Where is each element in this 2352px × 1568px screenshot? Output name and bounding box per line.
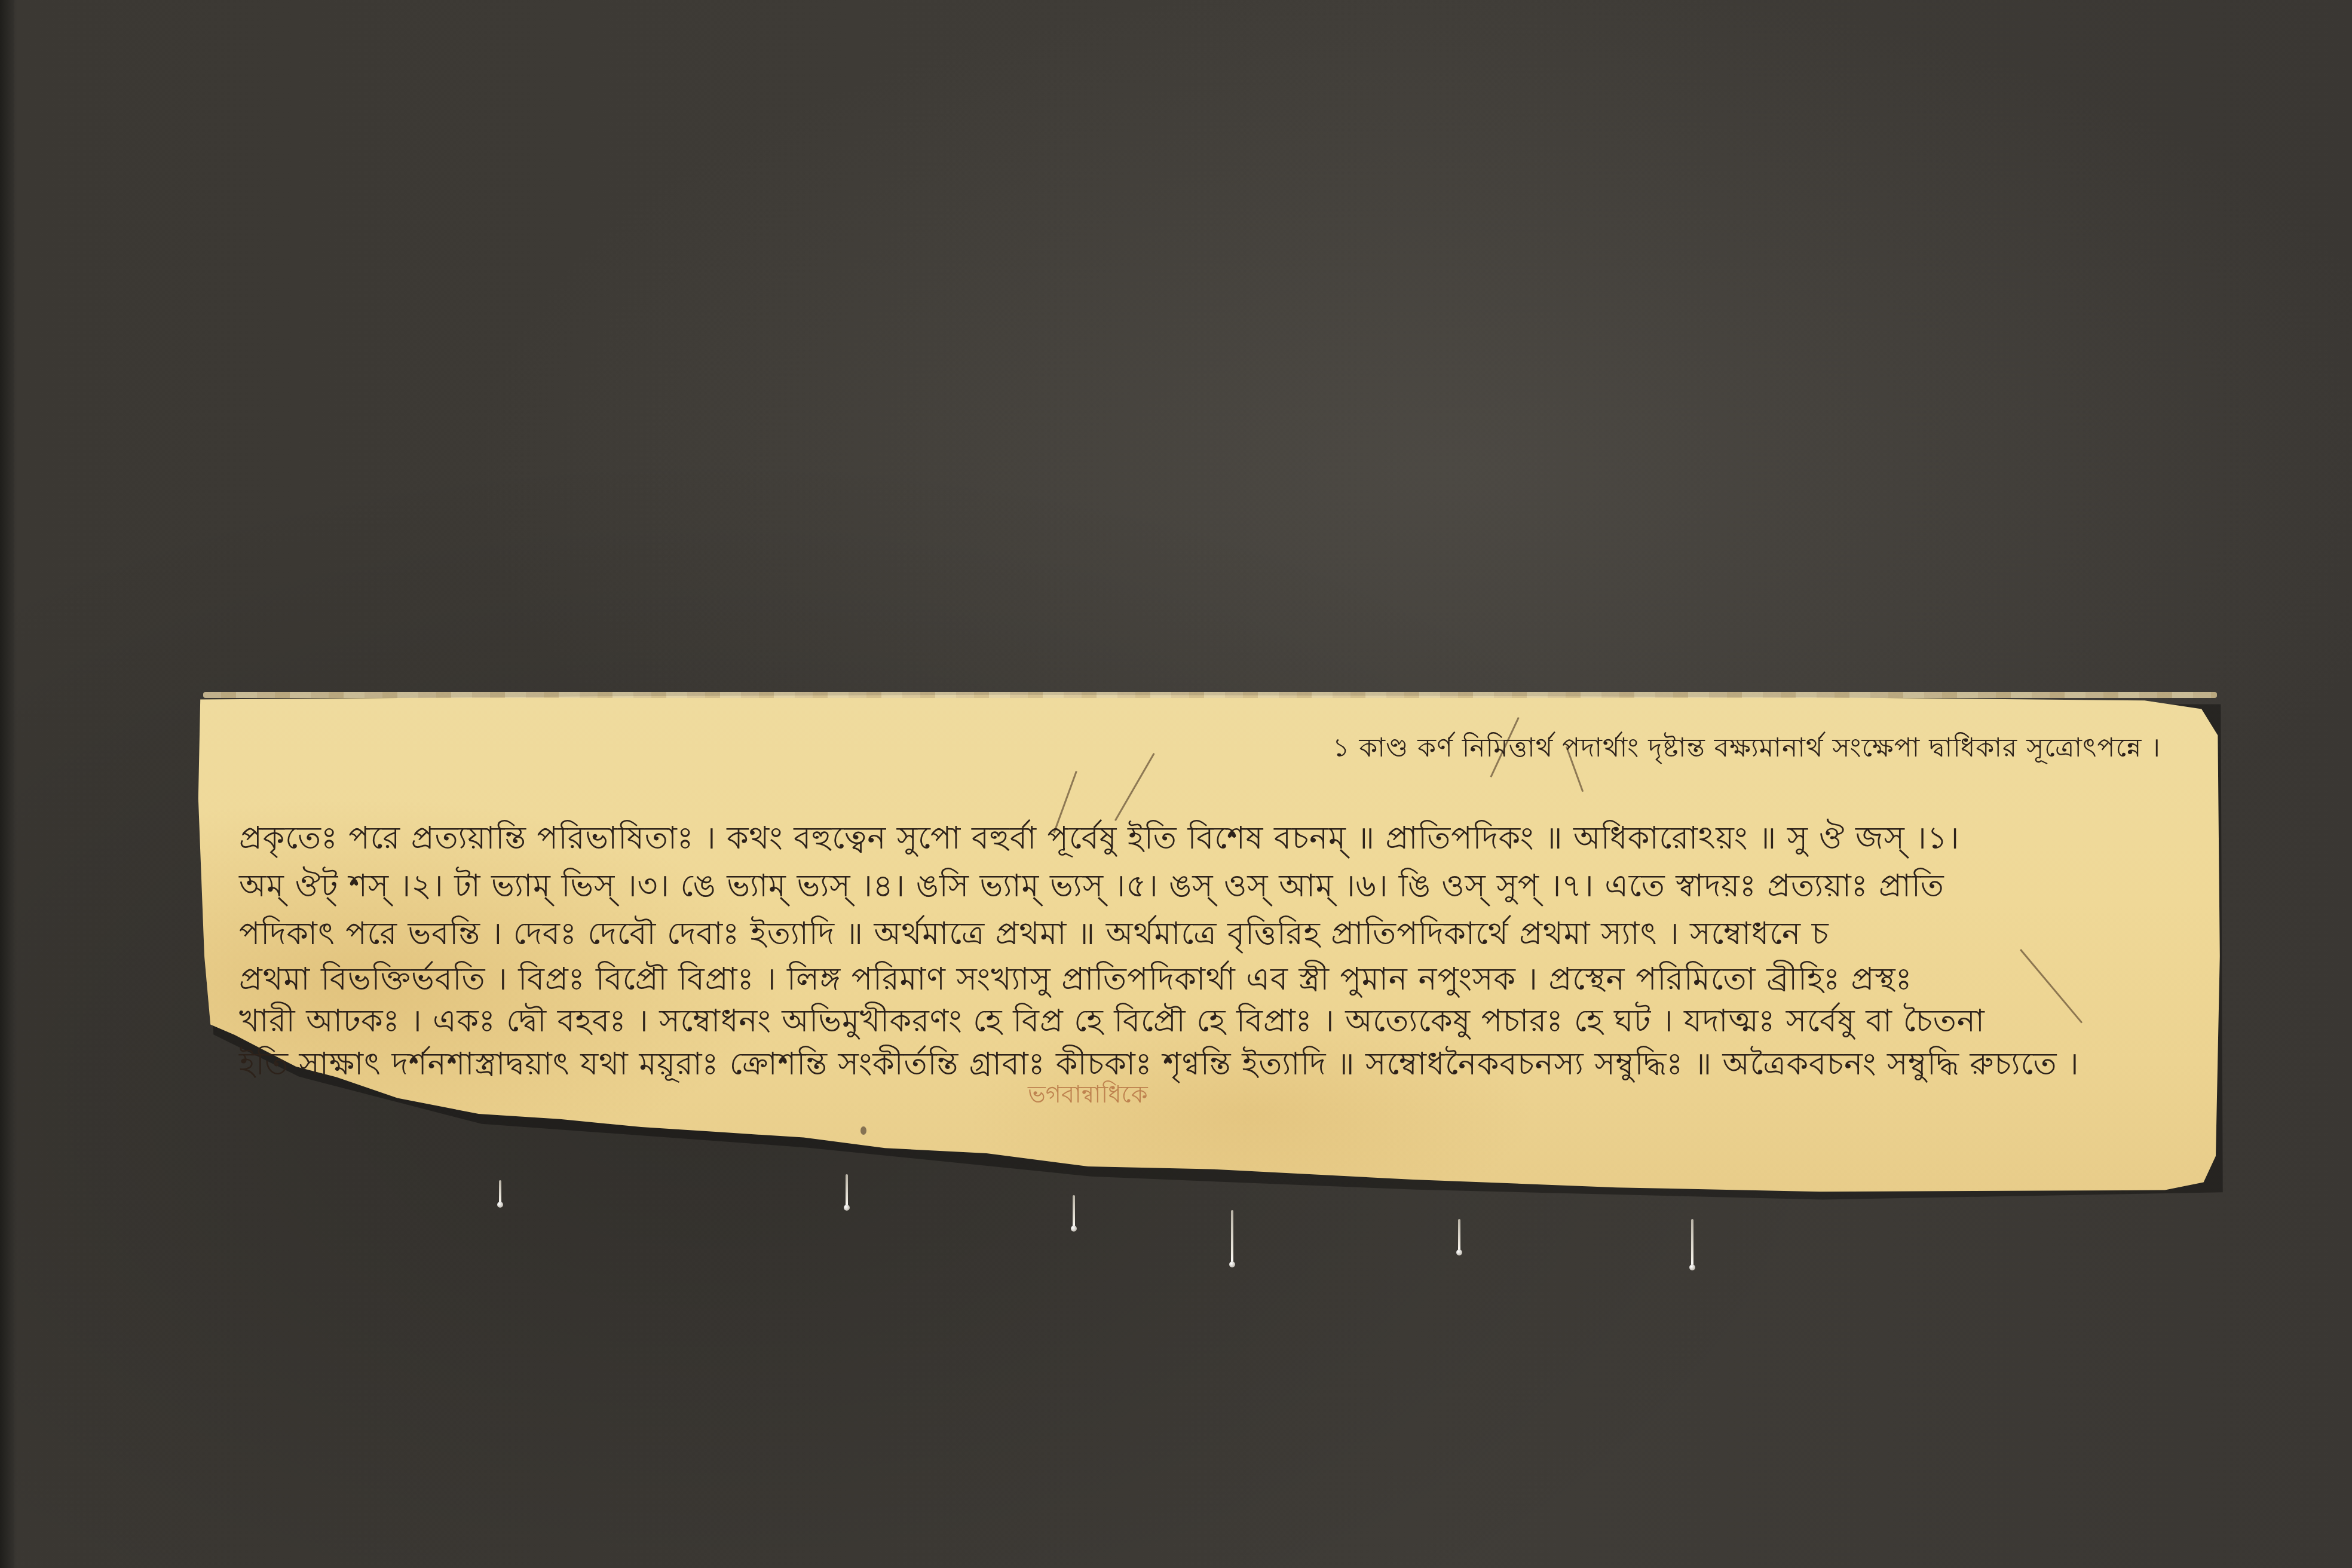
- mounting-pin: [1073, 1195, 1075, 1228]
- mounting-pin: [499, 1180, 501, 1204]
- ink-spot: [860, 1126, 866, 1135]
- board-left-edge: [0, 0, 14, 1568]
- manuscript-line-1: প্রকৃতেঃ পরে প্রত্যয়ান্তি পরিভাষিতাঃ । …: [239, 814, 1959, 866]
- mounting-pin: [1691, 1219, 1693, 1267]
- mounting-pin: [846, 1174, 848, 1207]
- manuscript-heading-line: ১ কাণ্ড কর্ণ নিমিত্তার্থ পদার্থাং দৃষ্টা…: [1333, 728, 2161, 771]
- marginal-note: ভগবান্বাধিকে: [1028, 1076, 1148, 1116]
- manuscript-line-3: পদিকাৎ পরে ভবন্তি । দেবঃ দেবৌ দেবাঃ ইত্য…: [239, 909, 1829, 961]
- mounting-pin: [1231, 1210, 1233, 1264]
- manuscript-line-2: অম্ ঔট্ শস্ ।২। টা ভ্যাম্ ভিস্ ।৩। ঙে ভ্…: [239, 862, 1944, 914]
- leaf-top-frayed-edge: [203, 692, 2217, 698]
- manuscript-line-6: ইতি সাক্ষাৎ দর্শনশাস্ত্রাদ্বয়াৎ যথা ময়…: [239, 1040, 2080, 1092]
- mounting-pin: [1458, 1219, 1460, 1252]
